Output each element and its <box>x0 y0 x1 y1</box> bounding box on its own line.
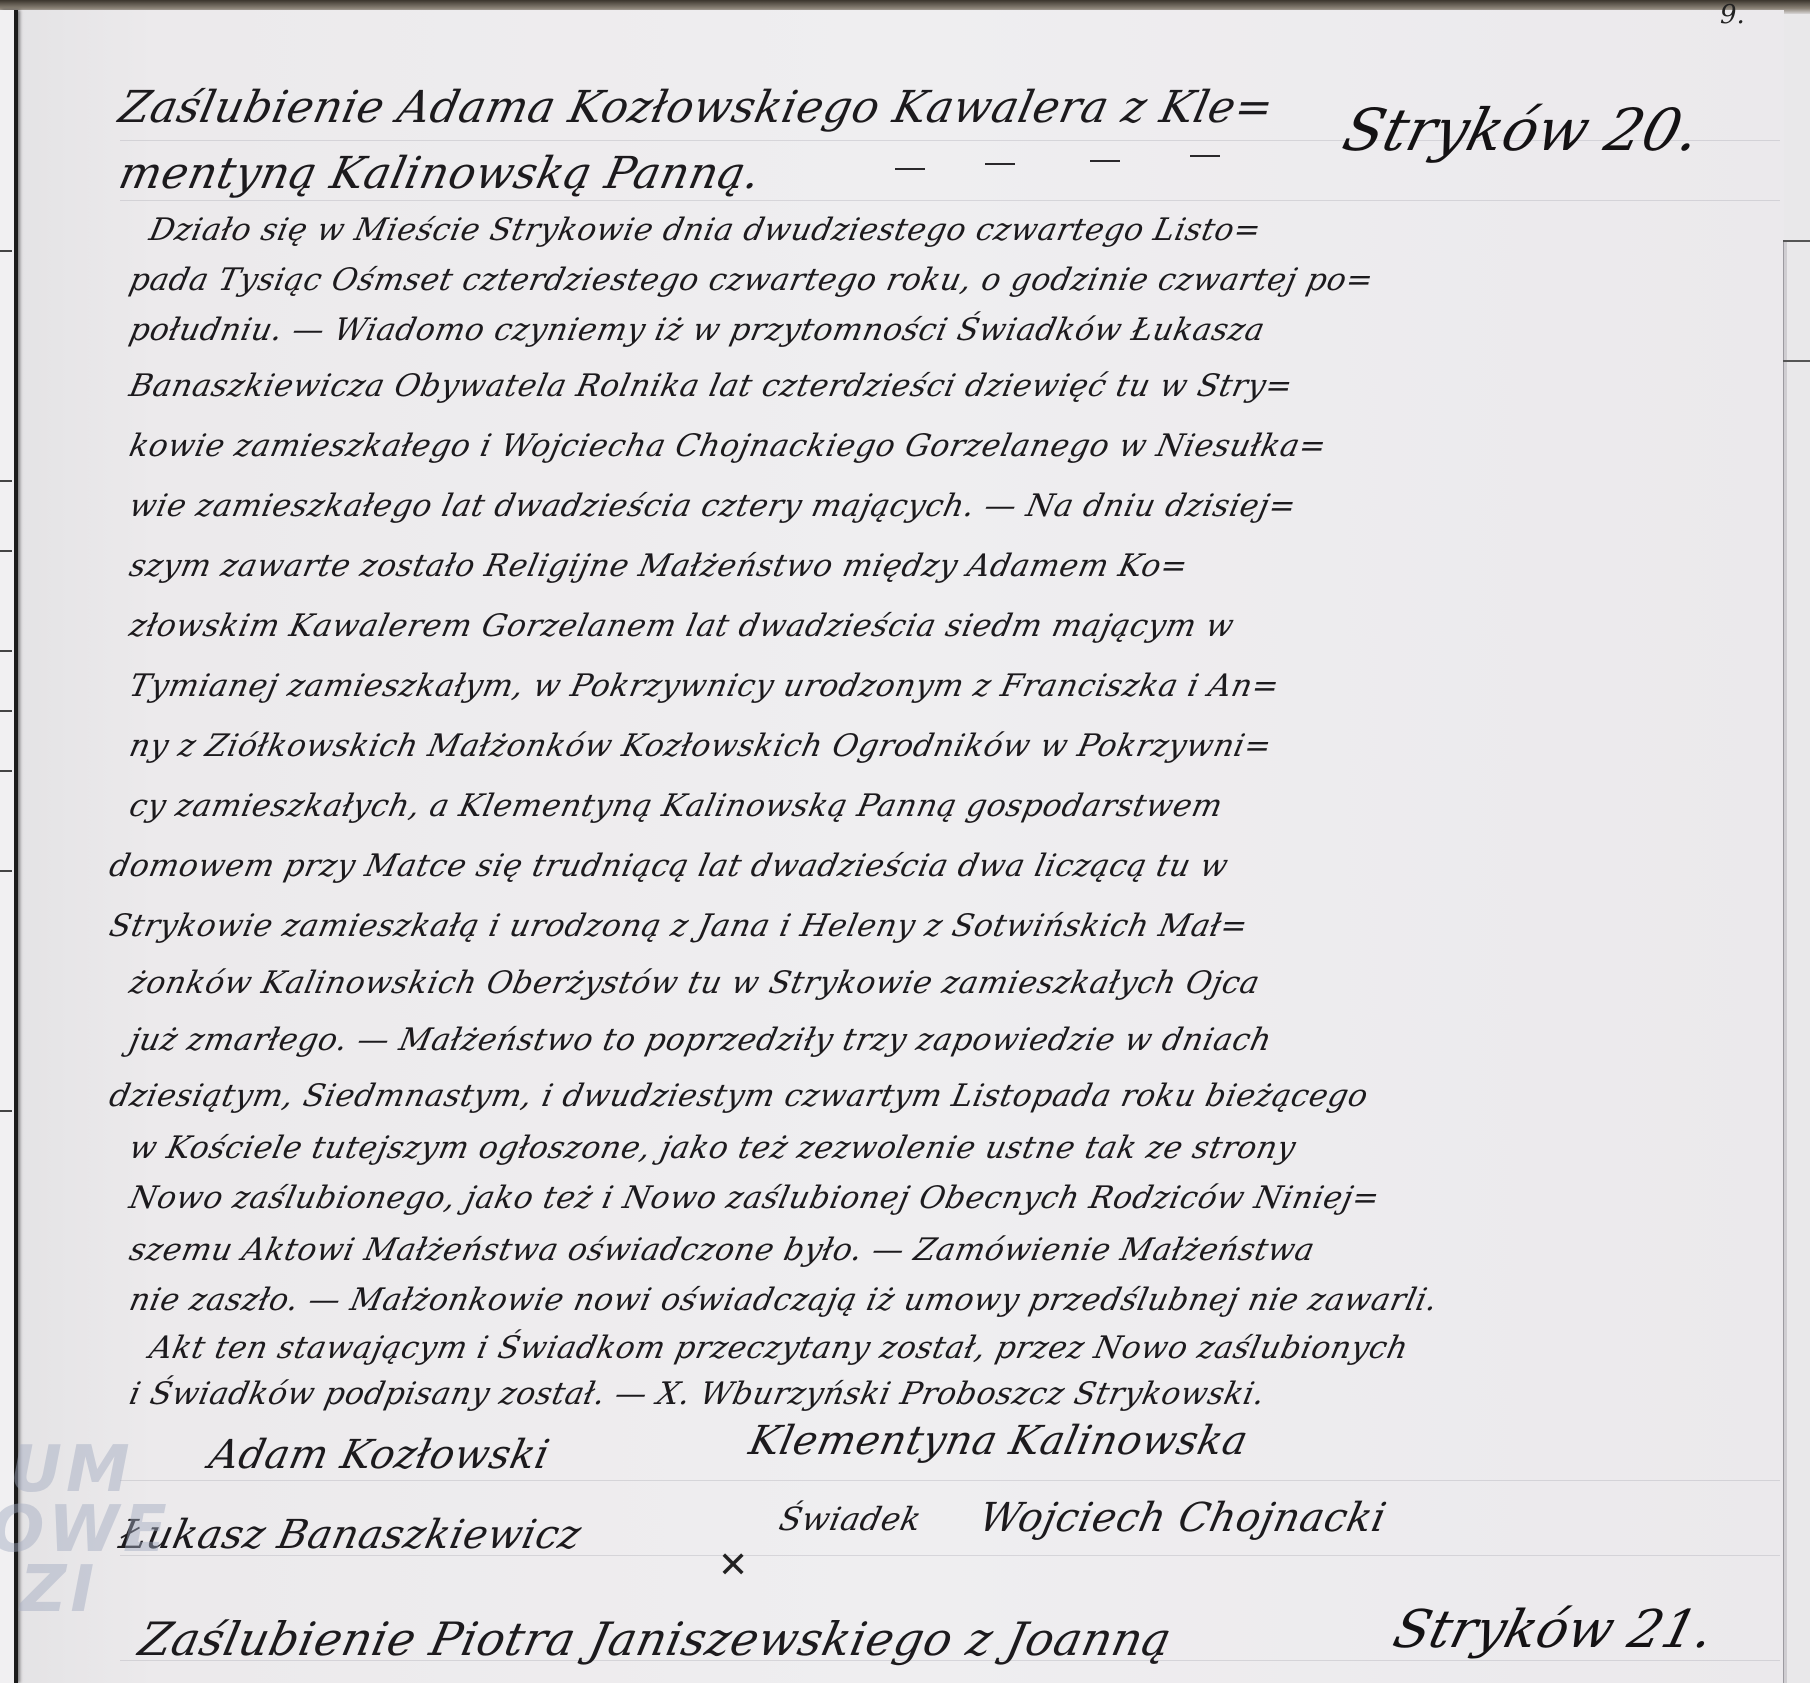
right-margin-tick <box>1783 360 1810 362</box>
filler-dash <box>1090 160 1120 162</box>
entry-number-label: Stryków 20. <box>1337 96 1708 164</box>
page-number-fragment: 9. <box>1720 0 1745 30</box>
signature-witness-2: Wojciech Chojnacki <box>975 1495 1390 1541</box>
cross-mark-icon: ✕ <box>718 1545 748 1586</box>
record-text-line: południu. — Wiadomo czyniemy iż w przyto… <box>126 312 1268 348</box>
entry-heading-line-1: Zaślubienie Adama Kozłowskiego Kawalera … <box>115 82 1279 133</box>
right-margin-rule <box>1783 240 1787 1683</box>
next-entry-number-label: Stryków 21. <box>1388 1600 1720 1660</box>
margin-stroke <box>0 550 12 552</box>
ruled-line <box>120 200 1780 201</box>
record-text-line: w Kościele tutejszym ogłoszone, jako też… <box>126 1130 1299 1166</box>
margin-stroke <box>0 250 12 252</box>
record-text-line: pada Tysiąc Ośmset czterdziestego czwart… <box>126 262 1377 298</box>
margin-stroke <box>0 480 12 482</box>
record-text-line: i Świadków podpisany został. — X. Wburzy… <box>126 1376 1268 1412</box>
margin-stroke <box>0 650 12 652</box>
record-text-line: domowem przy Matce się trudniącą lat dwa… <box>106 848 1231 884</box>
record-text-line: szym zawarte zostało Religijne Małżeństw… <box>126 548 1191 584</box>
record-text-line: Tymianej zamieszkałym, w Pokrzywnicy uro… <box>126 668 1283 704</box>
record-text-line: Działo się w Mieście Strykowie dnia dwud… <box>146 212 1264 248</box>
record-text-line: Banaszkiewicza Obywatela Rolnika lat czt… <box>126 368 1296 404</box>
record-text-line: już zmarłego. — Małżeństwo to poprzedził… <box>126 1022 1275 1058</box>
filler-dash <box>985 163 1015 165</box>
record-text-line: Akt ten stawającym i Świadkom przeczytan… <box>146 1330 1411 1366</box>
signature-witness-label: Świadek <box>776 1500 925 1538</box>
archive-watermark: UM OWE ZI <box>0 1440 260 1620</box>
record-text-line: cy zamieszkałych, a Klementyną Kalinowsk… <box>126 788 1226 824</box>
filler-dash <box>895 168 925 170</box>
record-text-line: szemu Aktowi Małżeństwa oświadczone było… <box>126 1232 1318 1268</box>
record-text-line: Strykowie zamieszkałą i urodzoną z Jana … <box>106 908 1251 944</box>
right-margin-tick <box>1783 240 1810 242</box>
margin-stroke <box>0 870 12 872</box>
watermark-line: OWE <box>0 1500 250 1560</box>
entry-heading-line-2: mentyną Kalinowską Panną. <box>115 148 765 199</box>
record-text-line: złowskim Kawalerem Gorzelanem lat dwadzi… <box>126 608 1237 644</box>
record-text-line: ny z Ziółkowskich Małżonków Kozłowskich … <box>126 728 1275 764</box>
watermark-line: UM <box>10 1440 270 1500</box>
margin-stroke <box>0 1110 12 1112</box>
watermark-line: ZI <box>20 1560 280 1620</box>
filler-dash <box>1190 155 1220 157</box>
record-text-line: Nowo zaślubionego, jako też i Nowo zaślu… <box>126 1180 1383 1216</box>
signature-bride: Klementyna Kalinowska <box>745 1418 1252 1464</box>
record-text-line: żonków Kalinowskich Oberżystów tu w Stry… <box>126 965 1263 1001</box>
ruled-line <box>120 1480 1780 1481</box>
next-entry-heading: Zaślubienie Piotra Janiszewskiego z Joan… <box>134 1612 1176 1666</box>
record-text-line: dziesiątym, Siedmnastym, i dwudziestym c… <box>106 1078 1371 1114</box>
record-text-line: wie zamieszkałego lat dwadzieścia cztery… <box>126 488 1299 524</box>
record-text-line: nie zaszło. — Małżonkowie nowi oświadcza… <box>126 1282 1441 1318</box>
margin-stroke <box>0 770 12 772</box>
record-text-line: kowie zamieszkałego i Wojciecha Chojnack… <box>126 428 1330 464</box>
margin-stroke <box>0 710 12 712</box>
